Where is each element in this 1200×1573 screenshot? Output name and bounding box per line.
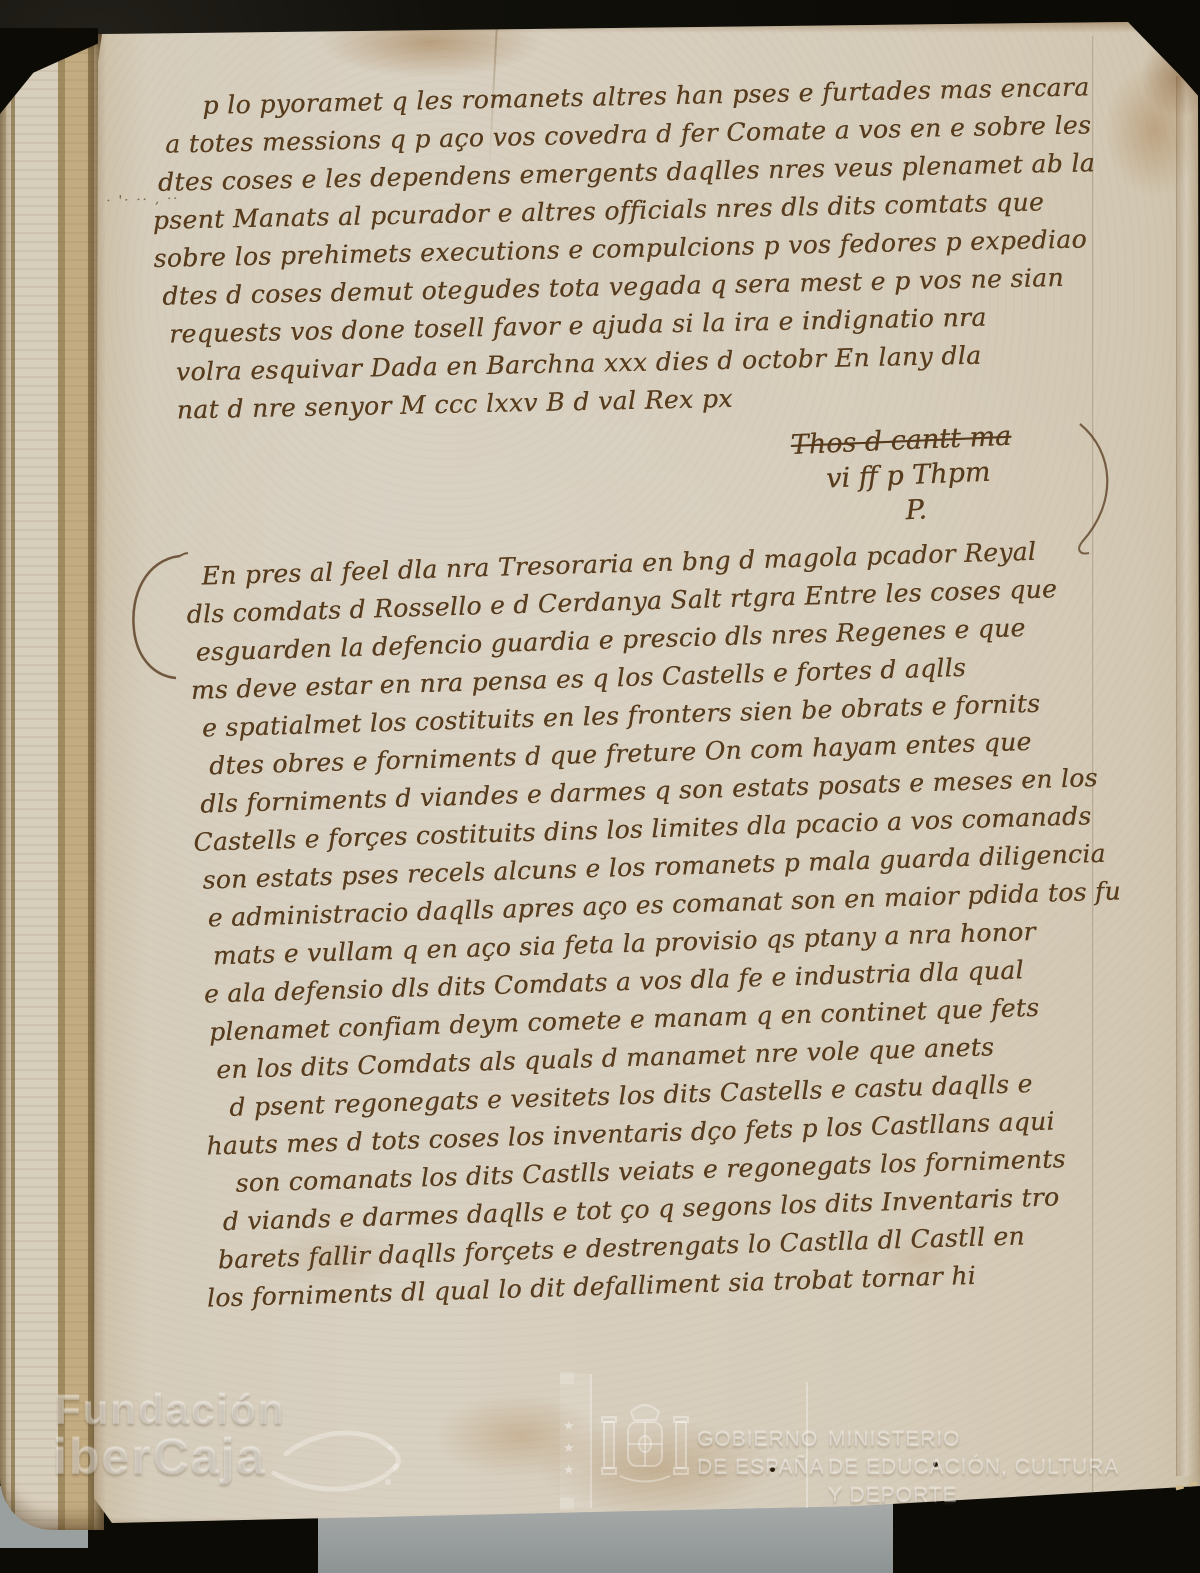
bracket-tab <box>560 1372 574 1384</box>
star-icon: ★ <box>563 1462 575 1478</box>
stars-bracket-mark: ★ ★ ★ <box>560 1374 592 1508</box>
star-icon: ★ <box>563 1440 575 1456</box>
ministerio-line1: MINISTERIO <box>828 1426 1119 1454</box>
fundacion-watermark-line2: iberCaja <box>53 1428 266 1486</box>
manuscript-photo: · '· ·· , ·· p lo pyoramet q les romanet… <box>0 0 1200 1573</box>
ibercaja-logo-icon <box>268 1418 408 1506</box>
fundacion-watermark-line1: Fundación <box>55 1386 285 1434</box>
manuscript-page: · '· ·· , ·· p lo pyoramet q les romanet… <box>90 18 1200 1530</box>
watermark-divider <box>806 1382 808 1508</box>
spain-coat-of-arms-icon <box>600 1392 690 1497</box>
paragraph-flourish-icon <box>128 550 188 685</box>
ministerio-line3: Y DEPORTE <box>828 1482 1119 1510</box>
star-icon: ★ <box>563 1418 575 1434</box>
page-edge-right <box>1176 76 1200 1476</box>
ministerio-watermark: MINISTERIO DE EDUCACIÓN, CULTURA Y DEPOR… <box>828 1426 1119 1510</box>
paragraph-1: p lo pyoramet q les romanets altres han … <box>150 68 1122 430</box>
book-page-edges <box>0 34 104 1530</box>
bracket-tab <box>560 1498 574 1510</box>
ministerio-line2: DE EDUCACIÓN, CULTURA <box>828 1454 1119 1482</box>
paragraph-2: En pres al feel dla nra Tresoraria en bn… <box>185 530 1152 1318</box>
